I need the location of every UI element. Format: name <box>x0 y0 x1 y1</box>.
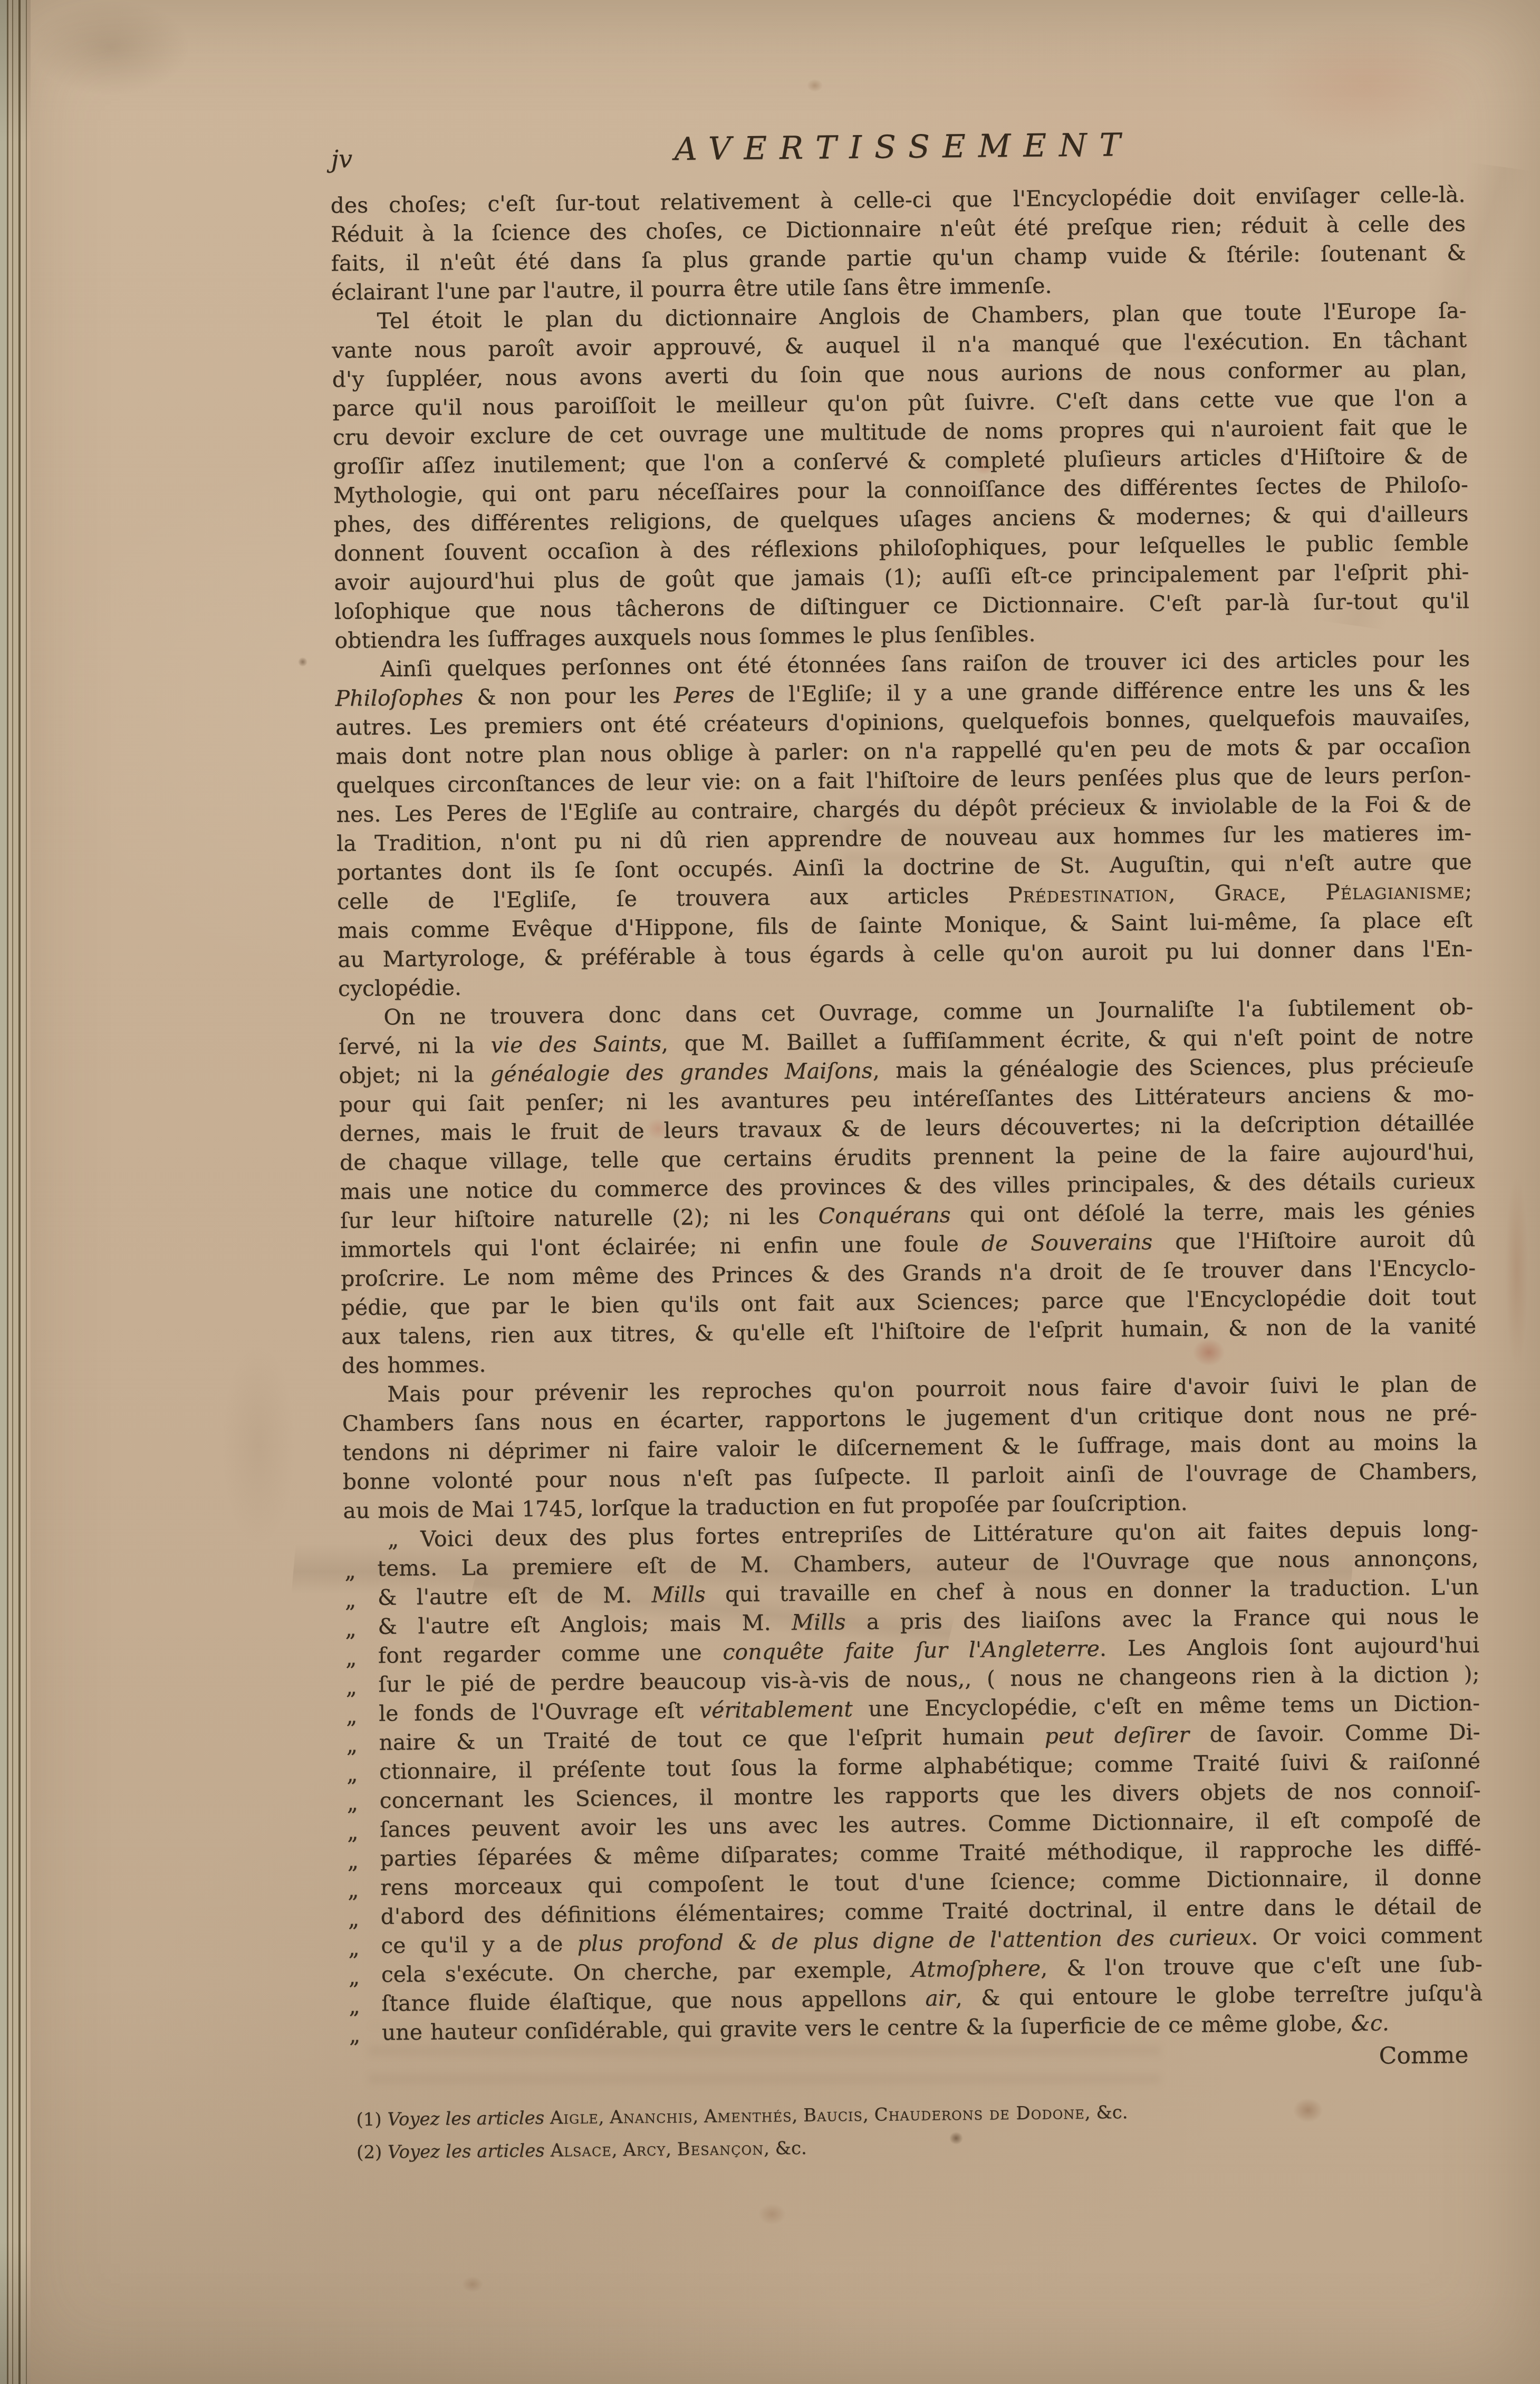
quote-mark: „ <box>346 1731 358 1760</box>
page-content: jv AVERTISSEMENT des choſes; c'eſt ſur-t… <box>330 120 1484 2169</box>
quote-mark: „ <box>346 1760 358 1789</box>
body-text: des choſes; c'eſt ſur-tout relativement … <box>330 180 1483 2047</box>
quote-mark: „ <box>349 1992 360 2021</box>
paragraph: des choſes; c'eſt ſur-tout relativement … <box>330 180 1466 307</box>
paper-stain <box>222 1345 295 1545</box>
catchword: Comme <box>1379 2042 1468 2070</box>
quote-mark: „ <box>349 2021 361 2050</box>
paper-stain <box>1505 1176 1528 1366</box>
quote-mark: „ <box>345 1614 357 1643</box>
paragraph: „ Voici deux des plus fortes entrepriſes… <box>343 1515 1483 2048</box>
paper-stain <box>807 79 823 92</box>
quote-mark: „ <box>345 1672 357 1702</box>
quote-mark: „ <box>347 1818 359 1847</box>
quote-mark: „ <box>345 1585 357 1614</box>
paper-stain <box>758 2204 786 2225</box>
page-number: jv <box>331 145 352 173</box>
quote-mark: „ <box>348 1934 360 1963</box>
page-title: AVERTISSEMENT <box>330 120 1465 171</box>
quote-mark: „ <box>349 1963 360 1992</box>
page-header: jv AVERTISSEMENT <box>330 120 1465 191</box>
quote-mark: „ <box>344 1556 356 1585</box>
quote-mark: „ <box>348 1905 359 1934</box>
quote-mark: „ <box>345 1643 357 1672</box>
quote-mark: „ <box>348 1876 359 1905</box>
footnotes: (1) Voyez les articles Aigle, Ananchis, … <box>349 2093 1484 2169</box>
book-page-photo: jv AVERTISSEMENT des choſes; c'eſt ſur-t… <box>0 0 1540 2384</box>
book-gutter-edges <box>0 0 31 2384</box>
paper-stain <box>298 657 307 667</box>
quote-mark: „ <box>346 1789 358 1818</box>
quote-mark: „ <box>347 1847 359 1876</box>
page-surface: jv AVERTISSEMENT des choſes; c'eſt ſur-t… <box>0 0 1540 2384</box>
paragraph: On ne trouvera donc dans cet Ouvrage, co… <box>338 993 1477 1381</box>
quote-mark: „ <box>346 1702 358 1731</box>
paragraph: Tel étoit le plan du dictionnaire Angloi… <box>331 296 1469 656</box>
paper-stain <box>32 0 190 95</box>
paragraph: Ainſi quelques perſonnes ont été étonnée… <box>335 645 1473 1004</box>
paper-stain <box>462 2276 483 2292</box>
paragraph: Mais pour prévenir les reproches qu'on p… <box>342 1370 1478 1526</box>
